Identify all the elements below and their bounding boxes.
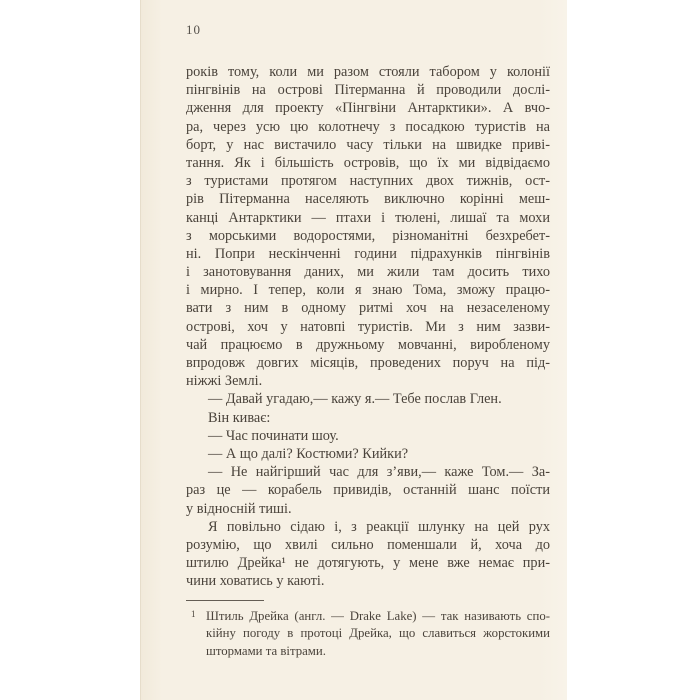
text-line: ніжжі Землі. [186, 372, 550, 390]
footnote-line: штормами та вітрами. [206, 643, 550, 660]
text-line: вати з ним в одному ритмі хоч на незасел… [186, 299, 550, 317]
footnote-line: Штиль Дрейка (англ. — Drake Lake) — так … [206, 608, 550, 625]
text-line: чай працюємо в дружньому мовчанні, вироб… [186, 336, 550, 354]
footnote: 1 Штиль Дрейка (англ. — Drake Lake) — та… [186, 600, 550, 660]
text-line: штилю Дрейка¹ не дотягують, у мене вже н… [186, 554, 550, 572]
footnote-marker: 1 [191, 609, 196, 619]
text-line: — Не найгірший час для з’яви,— каже Том.… [186, 463, 550, 481]
footnote-line: кійну погоду в протоці Дрейка, що славит… [206, 625, 550, 642]
text-line: впродовж довгих місяців, проведених пору… [186, 354, 550, 372]
text-line: раз це — корабель привидів, останній шан… [186, 481, 550, 499]
text-line: острові, хоч у натовпі туристів. Ми з ни… [186, 318, 550, 336]
text-line: рів Пітерманна населяють виключно корінн… [186, 190, 550, 208]
body-text: років тому, коли ми разом стояли табором… [186, 63, 550, 590]
text-line: борт, у нас вистачило часу тільки на шви… [186, 136, 550, 154]
text-line: з туристами протягом наступних двох тижн… [186, 172, 550, 190]
book-page: 10 років тому, коли ми разом стояли табо… [140, 0, 567, 700]
scan-backdrop: 10 років тому, коли ми разом стояли табо… [0, 0, 700, 700]
text-line: розумію, що хвилі сильно поменшали й, хо… [186, 536, 550, 554]
footnote-body: 1 Штиль Дрейка (англ. — Drake Lake) — та… [186, 608, 550, 660]
text-line: у відносній тиші. [186, 500, 550, 518]
text-line: і занотовування даних, ми жили там досит… [186, 263, 550, 281]
text-line: пінгвінів на острові Пітерманна й провод… [186, 81, 550, 99]
page-number: 10 [186, 22, 201, 38]
text-line: ра, через усю цю колотнечу з посадкою ту… [186, 118, 550, 136]
text-line: ні. Попри нескінченні години підрахунків… [186, 245, 550, 263]
text-line: і мирно. І тепер, коли я знаю Тома, змож… [186, 281, 550, 299]
footnote-separator [186, 600, 264, 601]
text-line: Я повільно сідаю і, з реакції шлунку на … [186, 518, 550, 536]
text-line: канці Антарктики — птахи і тюлені, лишаї… [186, 209, 550, 227]
text-line: тання. Як і більшість островів, що їх ми… [186, 154, 550, 172]
text-line: дження для проекту «Пінгвіни Антарктики»… [186, 99, 550, 117]
text-line: — Час починати шоу. [186, 427, 550, 445]
text-line: з морськими водоростями, різноманітні бе… [186, 227, 550, 245]
text-line: — А що далі? Костюми? Кийки? [186, 445, 550, 463]
text-line: — Давай угадаю,— кажу я.— Тебе послав Гл… [186, 390, 550, 408]
footnote-lines: Штиль Дрейка (англ. — Drake Lake) — так … [206, 608, 550, 660]
text-line: чини ховатись у каюті. [186, 572, 550, 590]
text-line: Він киває: [186, 409, 550, 427]
text-line: років тому, коли ми разом стояли табором… [186, 63, 550, 81]
